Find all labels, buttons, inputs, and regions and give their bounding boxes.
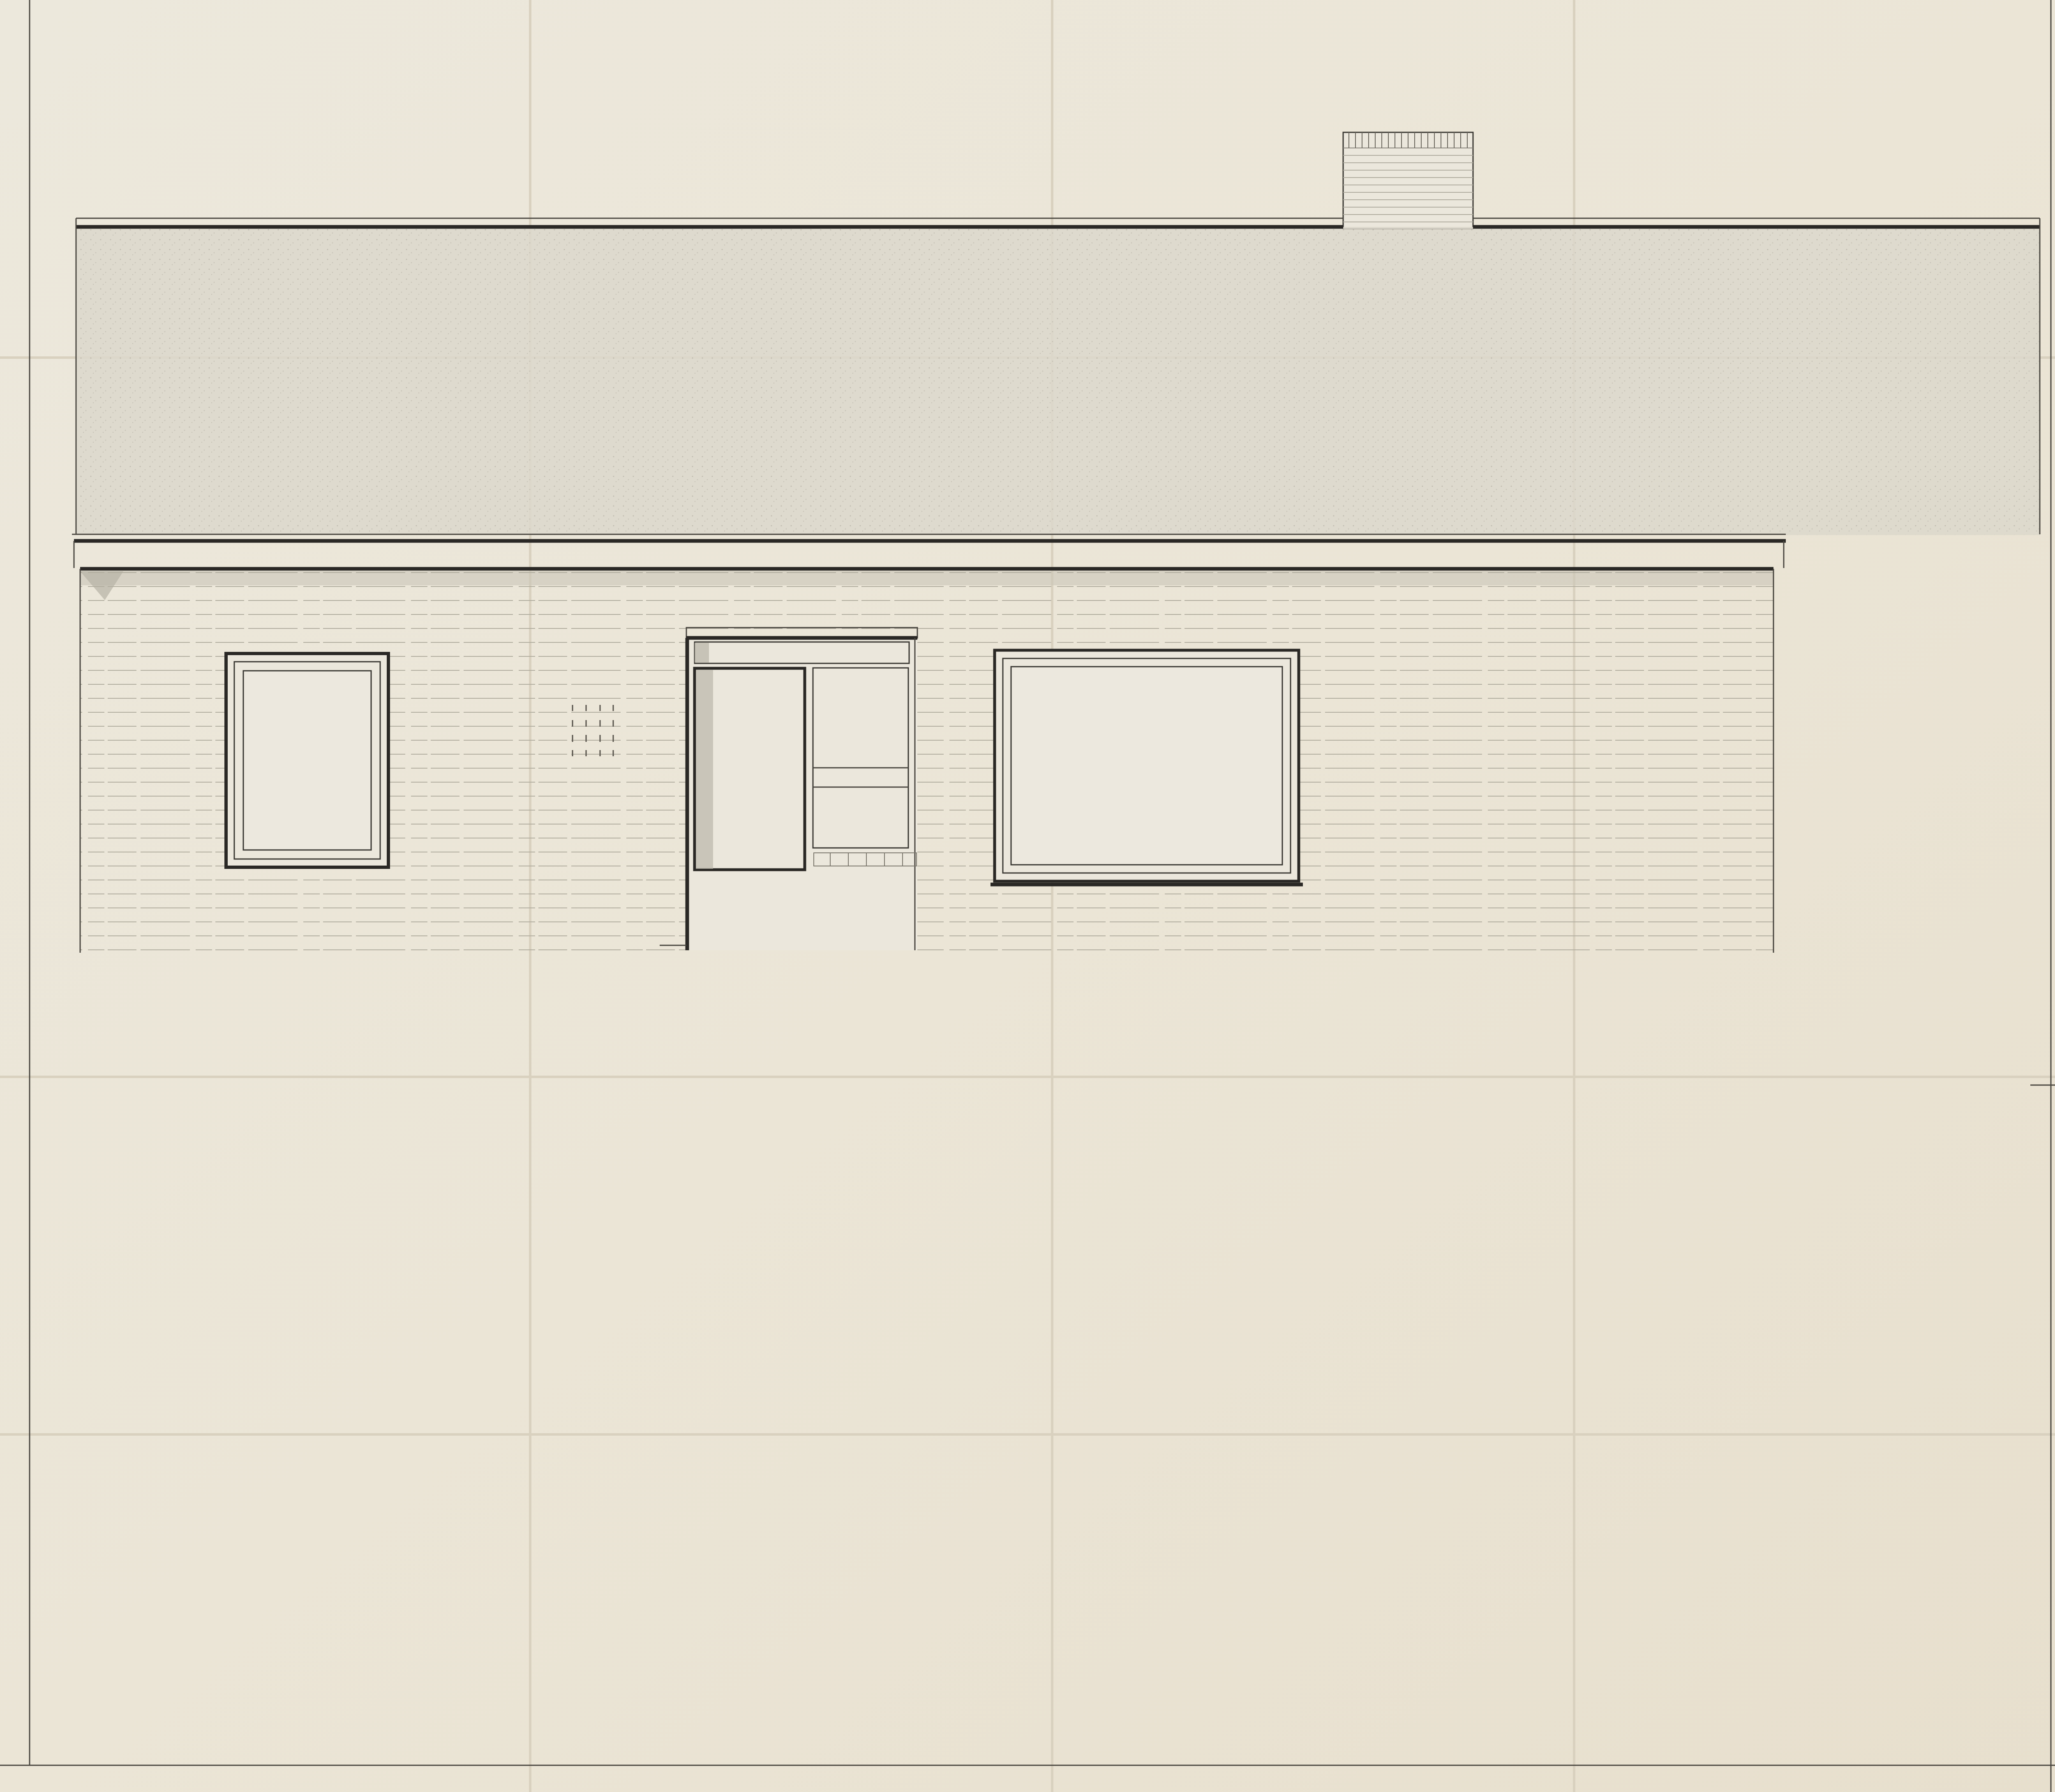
front-elevation: [72, 132, 2040, 953]
window-left: [226, 654, 388, 867]
window-center: [991, 650, 1303, 884]
chimney: [1343, 132, 1473, 229]
architectural-drawing-sheet: [0, 0, 2055, 1792]
entrance-door: [660, 628, 917, 950]
roof-surface: [76, 227, 2040, 535]
